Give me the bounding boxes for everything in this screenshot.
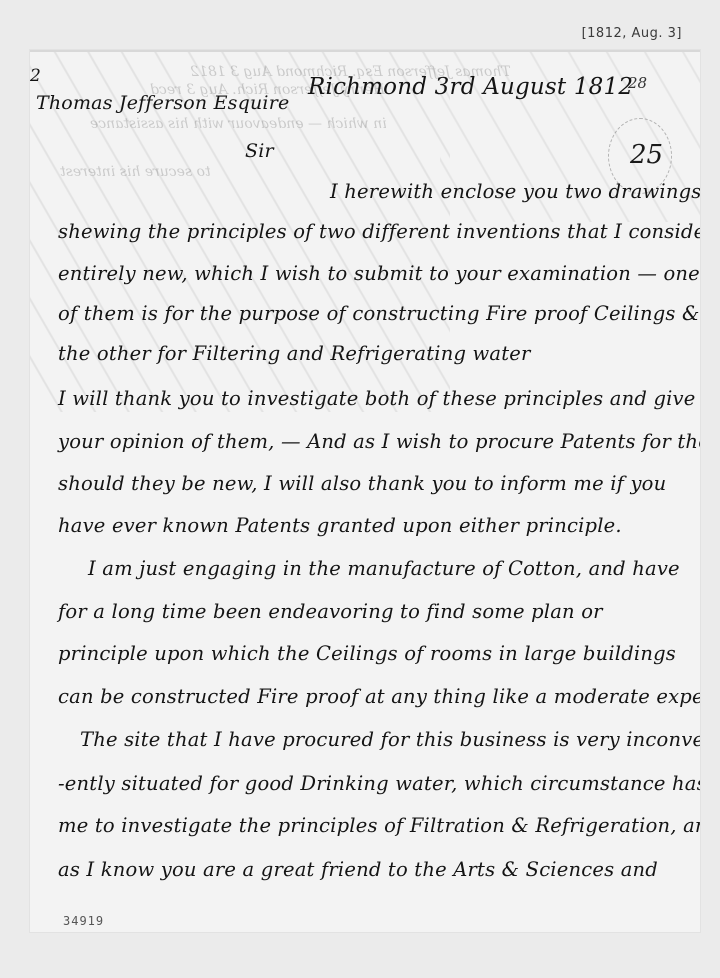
letter-line: -ently situated for good Drinking water,… <box>58 772 700 795</box>
letter-line: of them is for the purpose of constructi… <box>58 302 700 325</box>
letter-line: I will thank you to investigate both of … <box>58 387 700 410</box>
letter-line: have ever known Patents granted upon eit… <box>58 514 622 537</box>
bleed-through-text: in which — endeavour with his assistance <box>90 116 387 132</box>
letter-line: the other for Filtering and Refrigeratin… <box>58 342 531 365</box>
letter-page: Thomas Jefferson Esq. Richmond Aug 3 181… <box>30 50 700 932</box>
letter-line: The site that I have procured for this b… <box>80 728 700 751</box>
letter-line: your opinion of them, — And as I wish to… <box>58 430 700 453</box>
accession-number: 34919 <box>63 914 104 928</box>
letter-line: can be constructed Fire proof at any thi… <box>58 685 700 708</box>
letter-salutation: Sir <box>245 140 274 162</box>
letter-line: should they be new, I will also thank yo… <box>58 472 666 495</box>
letter-line: as I know you are a great friend to the … <box>58 858 658 881</box>
bleed-through-text: to secure his interest <box>60 164 211 180</box>
letter-line: entirely new, which I wish to submit to … <box>58 262 700 285</box>
letter-line: me to investigate the principles of Filt… <box>58 814 700 837</box>
letter-line: shewing the principles of two different … <box>58 220 700 243</box>
letter-line: principle upon which the Ceilings of roo… <box>58 642 676 665</box>
letter-line: for a long time been endeavoring to find… <box>58 600 603 623</box>
letter-line: I am just engaging in the manufacture of… <box>88 557 680 580</box>
letter-addressee: Thomas Jefferson Esquire <box>36 92 289 114</box>
stamp-number: 25 <box>630 140 663 170</box>
addressee-prefix: 2 <box>30 66 41 86</box>
letter-dateline: Richmond 3rd August 1812 <box>308 74 633 100</box>
archival-date-note: [1812, Aug. 3] <box>582 26 682 41</box>
letter-line: I herewith enclose you two drawings <box>330 180 700 203</box>
